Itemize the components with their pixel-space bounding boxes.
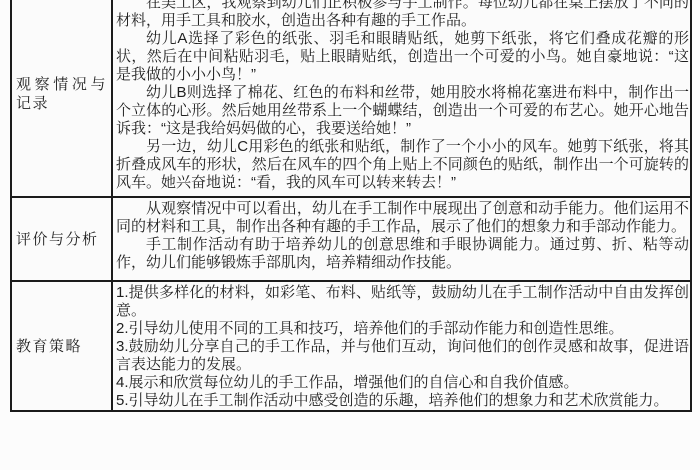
strategy-item: 2.引导幼儿使用不同的工具和技巧，培养他们的手部动作能力和创造性思维。 — [116, 320, 689, 338]
strategy-item: 5.引导幼儿在手工制作活动中感受创造的乐趣，培养他们的想象力和艺术欣赏能力。 — [116, 392, 689, 410]
observation-paragraph: 另一边，幼儿C用彩色的纸张和贴纸，制作了一个小小的风车。她剪下纸张，将其折叠成风… — [116, 138, 689, 192]
row-label-evaluation: 评价与分析 — [16, 230, 107, 249]
evaluation-content-cell: 从观察情况中可以看出，幼儿在手工制作中展现出了创意和动手能力。他们运用不同的材料… — [113, 198, 690, 280]
table-row-strategy: 教育策略 1.提供多样化的材料，如彩笔、布料、贴纸等，鼓励幼儿在手工制作活动中自… — [12, 280, 690, 410]
observation-content-cell: 在美工区，我观察到幼儿们正积极参与手工制作。每位幼儿都在桌上摆放了不同的材料，用… — [113, 0, 690, 196]
evaluation-paragraph: 从观察情况中可以看出，幼儿在手工制作中展现出了创意和动手能力。他们运用不同的材料… — [116, 200, 689, 236]
row-label-strategy: 教育策略 — [16, 337, 107, 356]
observation-paragraph: 幼儿B则选择了棉花、红色的布料和丝带，她用胶水将棉花塞进布料中，制作出一个立体的… — [116, 84, 689, 138]
record-table: 观察情况与记录 在美工区，我观察到幼儿们正积极参与手工制作。每位幼儿都在桌上摆放… — [10, 0, 692, 412]
strategy-item: 1.提供多样化的材料，如彩笔、布料、贴纸等，鼓励幼儿在手工制作活动中自由发挥创意… — [116, 284, 689, 320]
row-label-cell-observation: 观察情况与记录 — [12, 0, 113, 196]
document-page: 观察情况与记录 在美工区，我观察到幼儿们正积极参与手工制作。每位幼儿都在桌上摆放… — [0, 0, 700, 470]
row-label-observation: 观察情况与记录 — [16, 75, 107, 113]
table-row-observation: 观察情况与记录 在美工区，我观察到幼儿们正积极参与手工制作。每位幼儿都在桌上摆放… — [12, 0, 690, 196]
evaluation-paragraph: 手工制作活动有助于培养幼儿的创意思维和手眼协调能力。通过剪、折、粘等动作，幼儿们… — [116, 236, 689, 272]
strategy-content-cell: 1.提供多样化的材料，如彩笔、布料、贴纸等，鼓励幼儿在手工制作活动中自由发挥创意… — [113, 282, 690, 410]
strategy-item: 3.鼓励幼儿分享自己的手工作品，并与他们互动，询问他们的创作灵感和故事，促进语言… — [116, 338, 689, 374]
row-label-cell-strategy: 教育策略 — [12, 282, 113, 410]
strategy-item: 4.展示和欣赏每位幼儿的手工作品，增强他们的自信心和自我价值感。 — [116, 374, 689, 392]
observation-paragraph: 在美工区，我观察到幼儿们正积极参与手工制作。每位幼儿都在桌上摆放了不同的材料，用… — [116, 0, 689, 30]
observation-paragraph: 幼儿A选择了彩色的纸张、羽毛和眼睛贴纸，她剪下纸张，将它们叠成花瓣的形状，然后在… — [116, 30, 689, 84]
row-label-cell-evaluation: 评价与分析 — [12, 198, 113, 280]
table-row-evaluation: 评价与分析 从观察情况中可以看出，幼儿在手工制作中展现出了创意和动手能力。他们运… — [12, 196, 690, 280]
